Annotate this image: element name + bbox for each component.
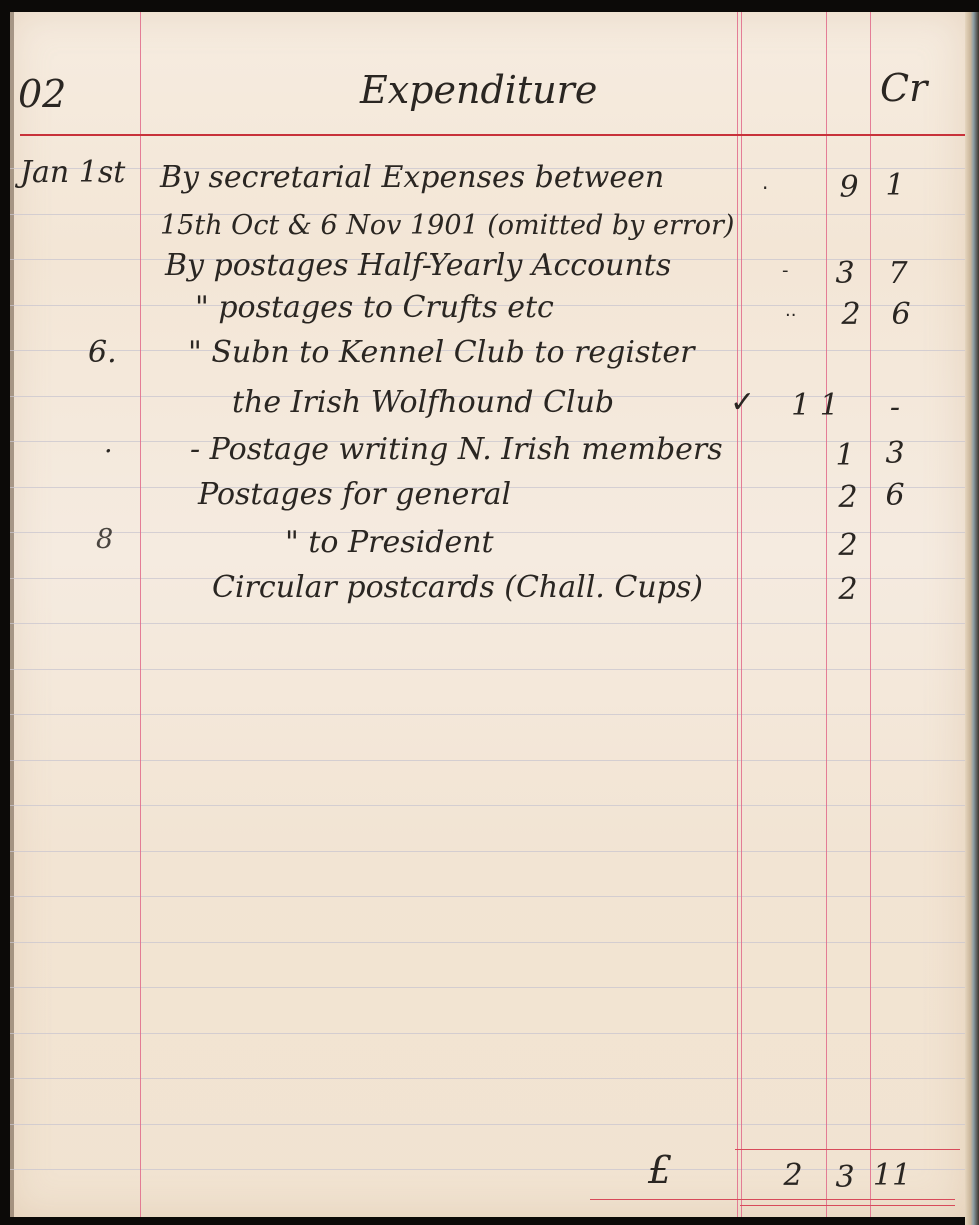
amount-column-line-1: [737, 12, 738, 1217]
entry-description: By secretarial Expenses between: [160, 160, 664, 195]
binding-spine: [10, 12, 14, 1217]
entry-description: " to President: [285, 525, 494, 560]
pound-sign: £: [648, 1148, 672, 1192]
entry-description: 15th Oct & 6 Nov 1901 (omitted by error): [160, 210, 734, 241]
ruled-line: [10, 1124, 965, 1125]
ruled-line: [10, 1078, 965, 1079]
page-edge: [965, 12, 979, 1225]
entry-mark: .: [762, 170, 768, 194]
entry-date: 6.: [88, 335, 117, 370]
entry-shillings: 1 1: [790, 388, 840, 423]
folio-number: 02: [18, 72, 66, 116]
total-bottom-rule-2: [740, 1205, 955, 1206]
entry-shillings: 9: [834, 170, 864, 205]
date-margin-line: [140, 12, 141, 1217]
entry-description: Circular postcards (Chall. Cups): [212, 570, 703, 605]
entry-pence: 3: [880, 436, 910, 471]
ruled-line: [10, 1033, 965, 1034]
ruled-line: [10, 714, 965, 715]
entry-mark: -: [782, 260, 789, 281]
entry-mark: ..: [785, 300, 796, 321]
entry-description: " Subn to Kennel Club to register: [188, 335, 695, 370]
ruled-line: [10, 851, 965, 852]
total-pounds: 2: [778, 1158, 808, 1193]
pence-column-line: [870, 12, 871, 1217]
entry-description: - Postage writing N. Irish members: [190, 432, 723, 467]
entry-description: Postages for general: [198, 477, 511, 512]
entry-description: By postages Half-Yearly Accounts: [165, 248, 671, 283]
heading-rule: [20, 134, 965, 136]
entry-date: .: [104, 428, 113, 459]
ruled-line: [10, 669, 965, 670]
entry-pence: -: [880, 390, 910, 425]
page-heading: Expenditure: [360, 68, 597, 112]
checkmark-icon: ✓: [730, 385, 755, 420]
entry-pence: 1: [880, 168, 910, 203]
entry-shillings: 2: [833, 572, 863, 607]
amount-column-line-1b: [741, 12, 742, 1217]
entry-shillings: 2: [836, 297, 866, 332]
entry-description: the Irish Wolfhound Club: [232, 385, 614, 420]
ruled-line: [10, 760, 965, 761]
entry-date: Jan 1st: [20, 155, 125, 190]
ruled-line: [10, 987, 965, 988]
entry-date: 8: [96, 524, 113, 555]
ruled-line: [10, 1169, 965, 1170]
shillings-column-line: [826, 12, 827, 1217]
total-bottom-rule: [590, 1199, 955, 1200]
ruled-line: [10, 942, 965, 943]
entry-pence: 7: [883, 256, 913, 291]
entry-shillings: 2: [833, 480, 863, 515]
entry-shillings: 3: [830, 256, 860, 291]
entry-description: " postages to Crufts etc: [195, 290, 554, 325]
entry-pence: 6: [880, 478, 910, 513]
ruled-line: [10, 896, 965, 897]
entry-shillings: 2: [833, 528, 863, 563]
ruled-line: [10, 623, 965, 624]
credit-label: Cr: [880, 66, 927, 110]
entry-shillings: 1: [830, 438, 860, 473]
total-top-rule: [735, 1149, 960, 1150]
ruled-line: [10, 805, 965, 806]
total-pence: 11: [872, 1158, 912, 1193]
total-shillings: 3: [830, 1160, 860, 1195]
entry-pence: 6: [886, 297, 916, 332]
